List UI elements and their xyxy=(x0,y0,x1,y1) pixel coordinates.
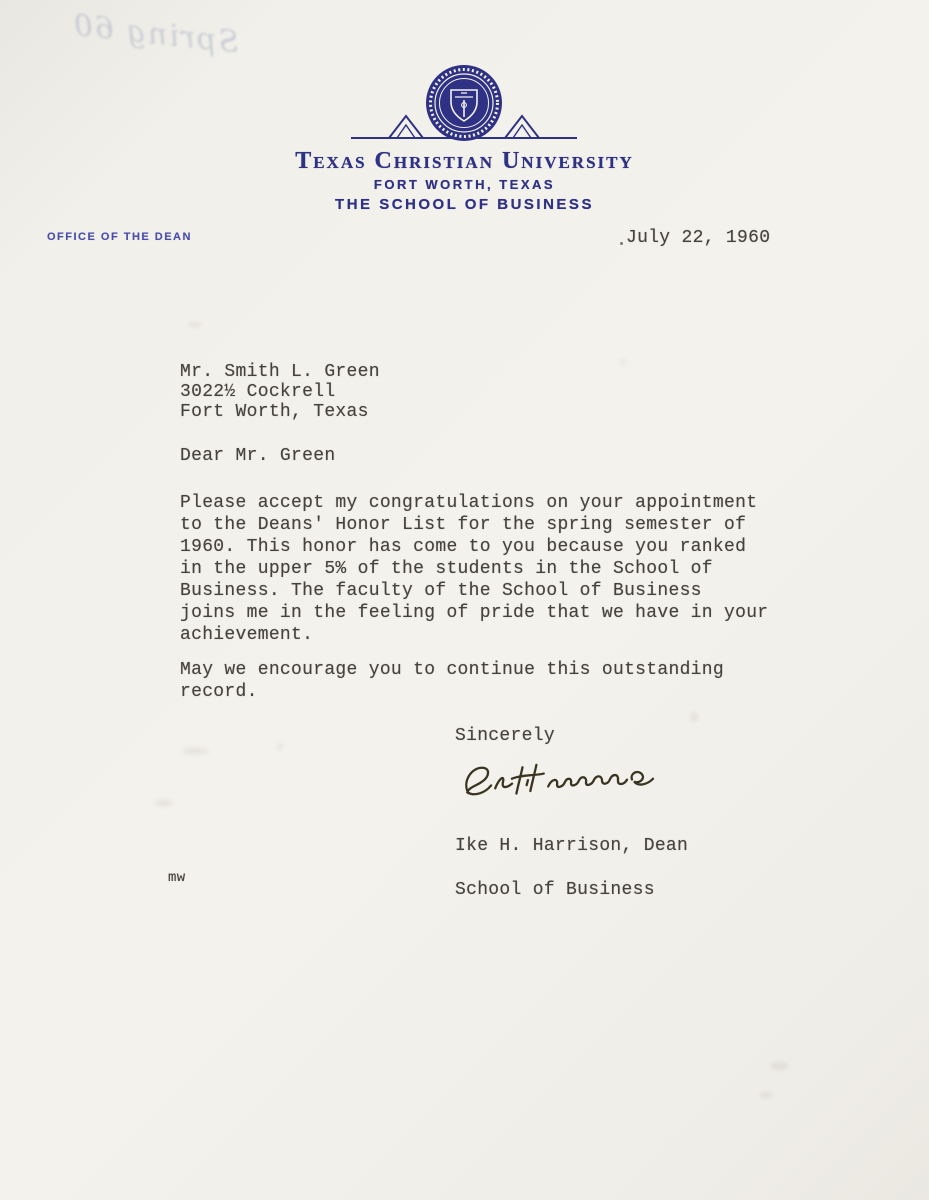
closing-sincerely: Sincerely xyxy=(455,726,555,746)
letterhead-school: THE SCHOOL OF BUSINESS xyxy=(0,196,929,213)
scan-artifact xyxy=(690,712,698,722)
scan-artifact xyxy=(620,360,626,364)
signer-title-line: School of Business xyxy=(455,879,688,901)
letterhead-university-name: Texas Christian University xyxy=(0,148,929,175)
scan-artifact xyxy=(760,1092,772,1098)
letterhead-office-of-dean: OFFICE OF THE DEAN xyxy=(47,231,192,243)
letterhead-city: FORT WORTH, TEXAS xyxy=(0,177,929,192)
tcu-seal-icon xyxy=(349,64,579,149)
typist-initials: mw xyxy=(168,870,185,886)
bleedthrough-handwriting: Spring 60 xyxy=(15,3,240,86)
recipient-address-block: Mr. Smith L. Green 3022½ Cockrell Fort W… xyxy=(180,362,380,422)
ink-speck xyxy=(620,242,623,245)
scan-artifact xyxy=(770,1062,788,1070)
letter-date: July 22, 1960 xyxy=(626,228,770,248)
signature-typed-block: Ike H. Harrison, Dean School of Business xyxy=(455,813,688,923)
signature-script xyxy=(459,753,661,810)
body-paragraph-1: Please accept my congratulations on your… xyxy=(180,492,768,646)
salutation: Dear Mr. Green xyxy=(180,446,335,466)
scan-artifact xyxy=(188,322,202,327)
signer-name-line: Ike H. Harrison, Dean xyxy=(455,835,688,857)
scan-artifact xyxy=(182,748,208,754)
scan-artifact xyxy=(278,742,282,750)
body-paragraph-2: May we encourage you to continue this ou… xyxy=(180,659,724,703)
scanned-letter-page: Spring 60 Texas Christian University FOR… xyxy=(0,0,929,1200)
scan-artifact xyxy=(155,800,173,806)
